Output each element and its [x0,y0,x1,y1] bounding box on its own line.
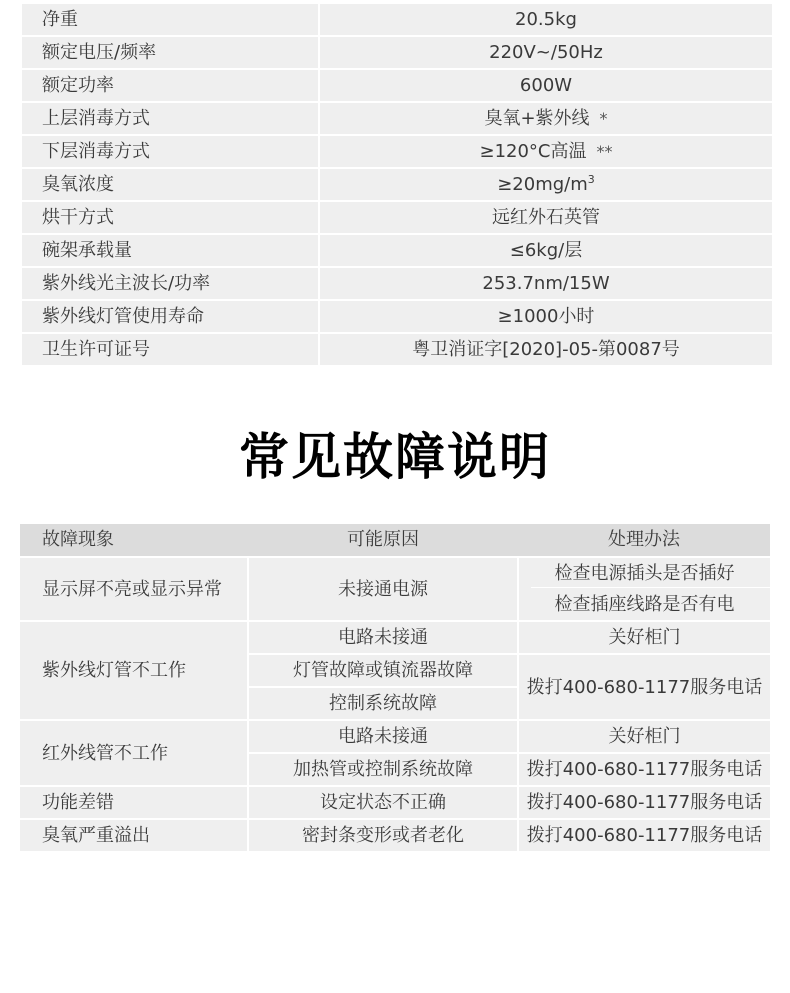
section-title: 常见故障说明 [0,422,790,492]
spec-row-rated-voltage: 额定电压/频率 220V~/50Hz [22,36,772,69]
spec-row-uv-wavelength: 紫外线光主波长/功率 253.7nm/15W [22,267,772,300]
spec-label: 紫外线光主波长/功率 [22,267,319,300]
spec-label: 额定电压/频率 [22,36,319,69]
solution-cell: 关好柜门 [518,720,770,753]
spec-label: 烘干方式 [22,201,319,234]
spec-value-cell: ≥120°C高温** [319,135,772,168]
solution-cell: 拨打400-680-1177服务电话 [518,753,770,786]
spec-value: ≥20mg/m [497,174,588,195]
cause-cell: 灯管故障或镇流器故障 [248,654,518,687]
spec-row-upper-disinfection: 上层消毒方式 臭氧+紫外线* [22,102,772,135]
spec-row-ozone-concentration: 臭氧浓度 ≥20mg/m3 [22,168,772,201]
cause-cell: 控制系统故障 [248,687,518,720]
spec-row-rated-power: 额定功率 600W [22,69,772,102]
solution-cell: 拨打400-680-1177服务电话 [518,786,770,819]
solution-cell: 检查插座线路是否有电 [518,589,770,621]
spec-value: 远红外石英管 [319,201,772,234]
superscript: 3 [588,173,595,186]
solution-cell: 关好柜门 [518,621,770,654]
symptom-cell: 紫外线灯管不工作 [20,621,248,720]
cause-cell: 设定状态不正确 [248,786,518,819]
spec-row-rack-capacity: 碗架承载量 ≤6kg/层 [22,234,772,267]
cause-cell: 加热管或控制系统故障 [248,753,518,786]
spec-label: 额定功率 [22,69,319,102]
fault-table-header: 故障现象 可能原因 处理办法 [20,524,770,557]
cause-cell: 电路未接通 [248,621,518,654]
spec-value: 臭氧+紫外线 [484,108,589,129]
spec-label: 上层消毒方式 [22,102,319,135]
spec-row-drying-method: 烘干方式 远红外石英管 [22,201,772,234]
spec-value: ≥120°C高温 [479,141,586,162]
footnote-marker: ** [597,142,613,161]
header-solution: 处理办法 [518,524,770,557]
solution-cell: 拨打400-680-1177服务电话 [518,819,770,851]
spec-value: 20.5kg [319,3,772,36]
spec-value: ≥1000小时 [319,300,772,333]
fault-table: 故障现象 可能原因 处理办法 显示屏不亮或显示异常 未接通电源 检查电源插头是否… [20,524,770,851]
cause-cell: 未接通电源 [248,557,518,621]
spec-value-cell: 臭氧+紫外线* [319,102,772,135]
spec-value: 粤卫消证字[2020]-05-第0087号 [319,333,772,365]
spec-table: 净重 20.5kg 额定电压/频率 220V~/50Hz 额定功率 600W 上… [22,2,772,365]
solution-cell: 检查电源插头是否插好 [518,557,770,589]
spec-label: 紫外线灯管使用寿命 [22,300,319,333]
spec-value: 220V~/50Hz [319,36,772,69]
spec-row-uv-lifespan: 紫外线灯管使用寿命 ≥1000小时 [22,300,772,333]
solution-cell: 拨打400-680-1177服务电话 [518,654,770,720]
spec-value: 253.7nm/15W [319,267,772,300]
table-row: 功能差错 设定状态不正确 拨打400-680-1177服务电话 [20,786,770,819]
spec-value: ≤6kg/层 [319,234,772,267]
spec-label: 臭氧浓度 [22,168,319,201]
spec-row-lower-disinfection: 下层消毒方式 ≥120°C高温** [22,135,772,168]
symptom-cell: 显示屏不亮或显示异常 [20,557,248,621]
spec-label: 净重 [22,3,319,36]
spec-label: 碗架承载量 [22,234,319,267]
table-row: 显示屏不亮或显示异常 未接通电源 检查电源插头是否插好 [20,557,770,589]
spec-value-cell: ≥20mg/m3 [319,168,772,201]
spec-value: 600W [319,69,772,102]
header-cause: 可能原因 [248,524,518,557]
spec-row-hygiene-license: 卫生许可证号 粤卫消证字[2020]-05-第0087号 [22,333,772,365]
spec-label: 卫生许可证号 [22,333,319,365]
spec-label: 下层消毒方式 [22,135,319,168]
symptom-cell: 红外线管不工作 [20,720,248,786]
table-row: 红外线管不工作 电路未接通 关好柜门 [20,720,770,753]
cause-cell: 密封条变形或者老化 [248,819,518,851]
header-symptom: 故障现象 [20,524,248,557]
table-row: 臭氧严重溢出 密封条变形或者老化 拨打400-680-1177服务电话 [20,819,770,851]
footnote-marker: * [600,109,608,128]
symptom-cell: 功能差错 [20,786,248,819]
symptom-cell: 臭氧严重溢出 [20,819,248,851]
table-row: 紫外线灯管不工作 电路未接通 关好柜门 [20,621,770,654]
spec-row-net-weight: 净重 20.5kg [22,3,772,36]
cause-cell: 电路未接通 [248,720,518,753]
